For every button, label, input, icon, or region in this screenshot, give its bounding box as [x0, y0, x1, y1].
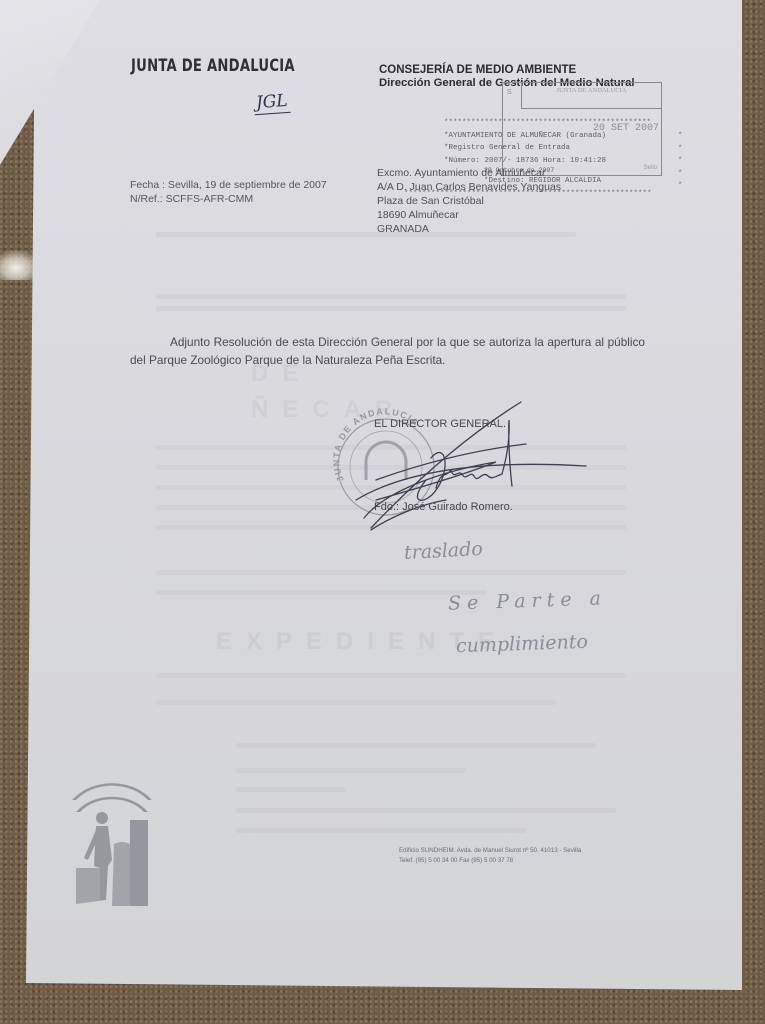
footer-address: Edificio SUNDHEIM. Avda. de Manuel Siuro… — [399, 846, 581, 856]
letter-footer: Edificio SUNDHEIM. Avda. de Manuel Siuro… — [399, 846, 581, 865]
footer-phone: Telef. (95) 5 00 34 00 Fax (95) 5 00 37 … — [399, 856, 581, 866]
junta-andalucia-logo-icon — [26, 0, 742, 990]
letter-page: DE ÑECAR EXPEDIENTE JUNTA DE ANDALUCIA J… — [26, 0, 742, 990]
